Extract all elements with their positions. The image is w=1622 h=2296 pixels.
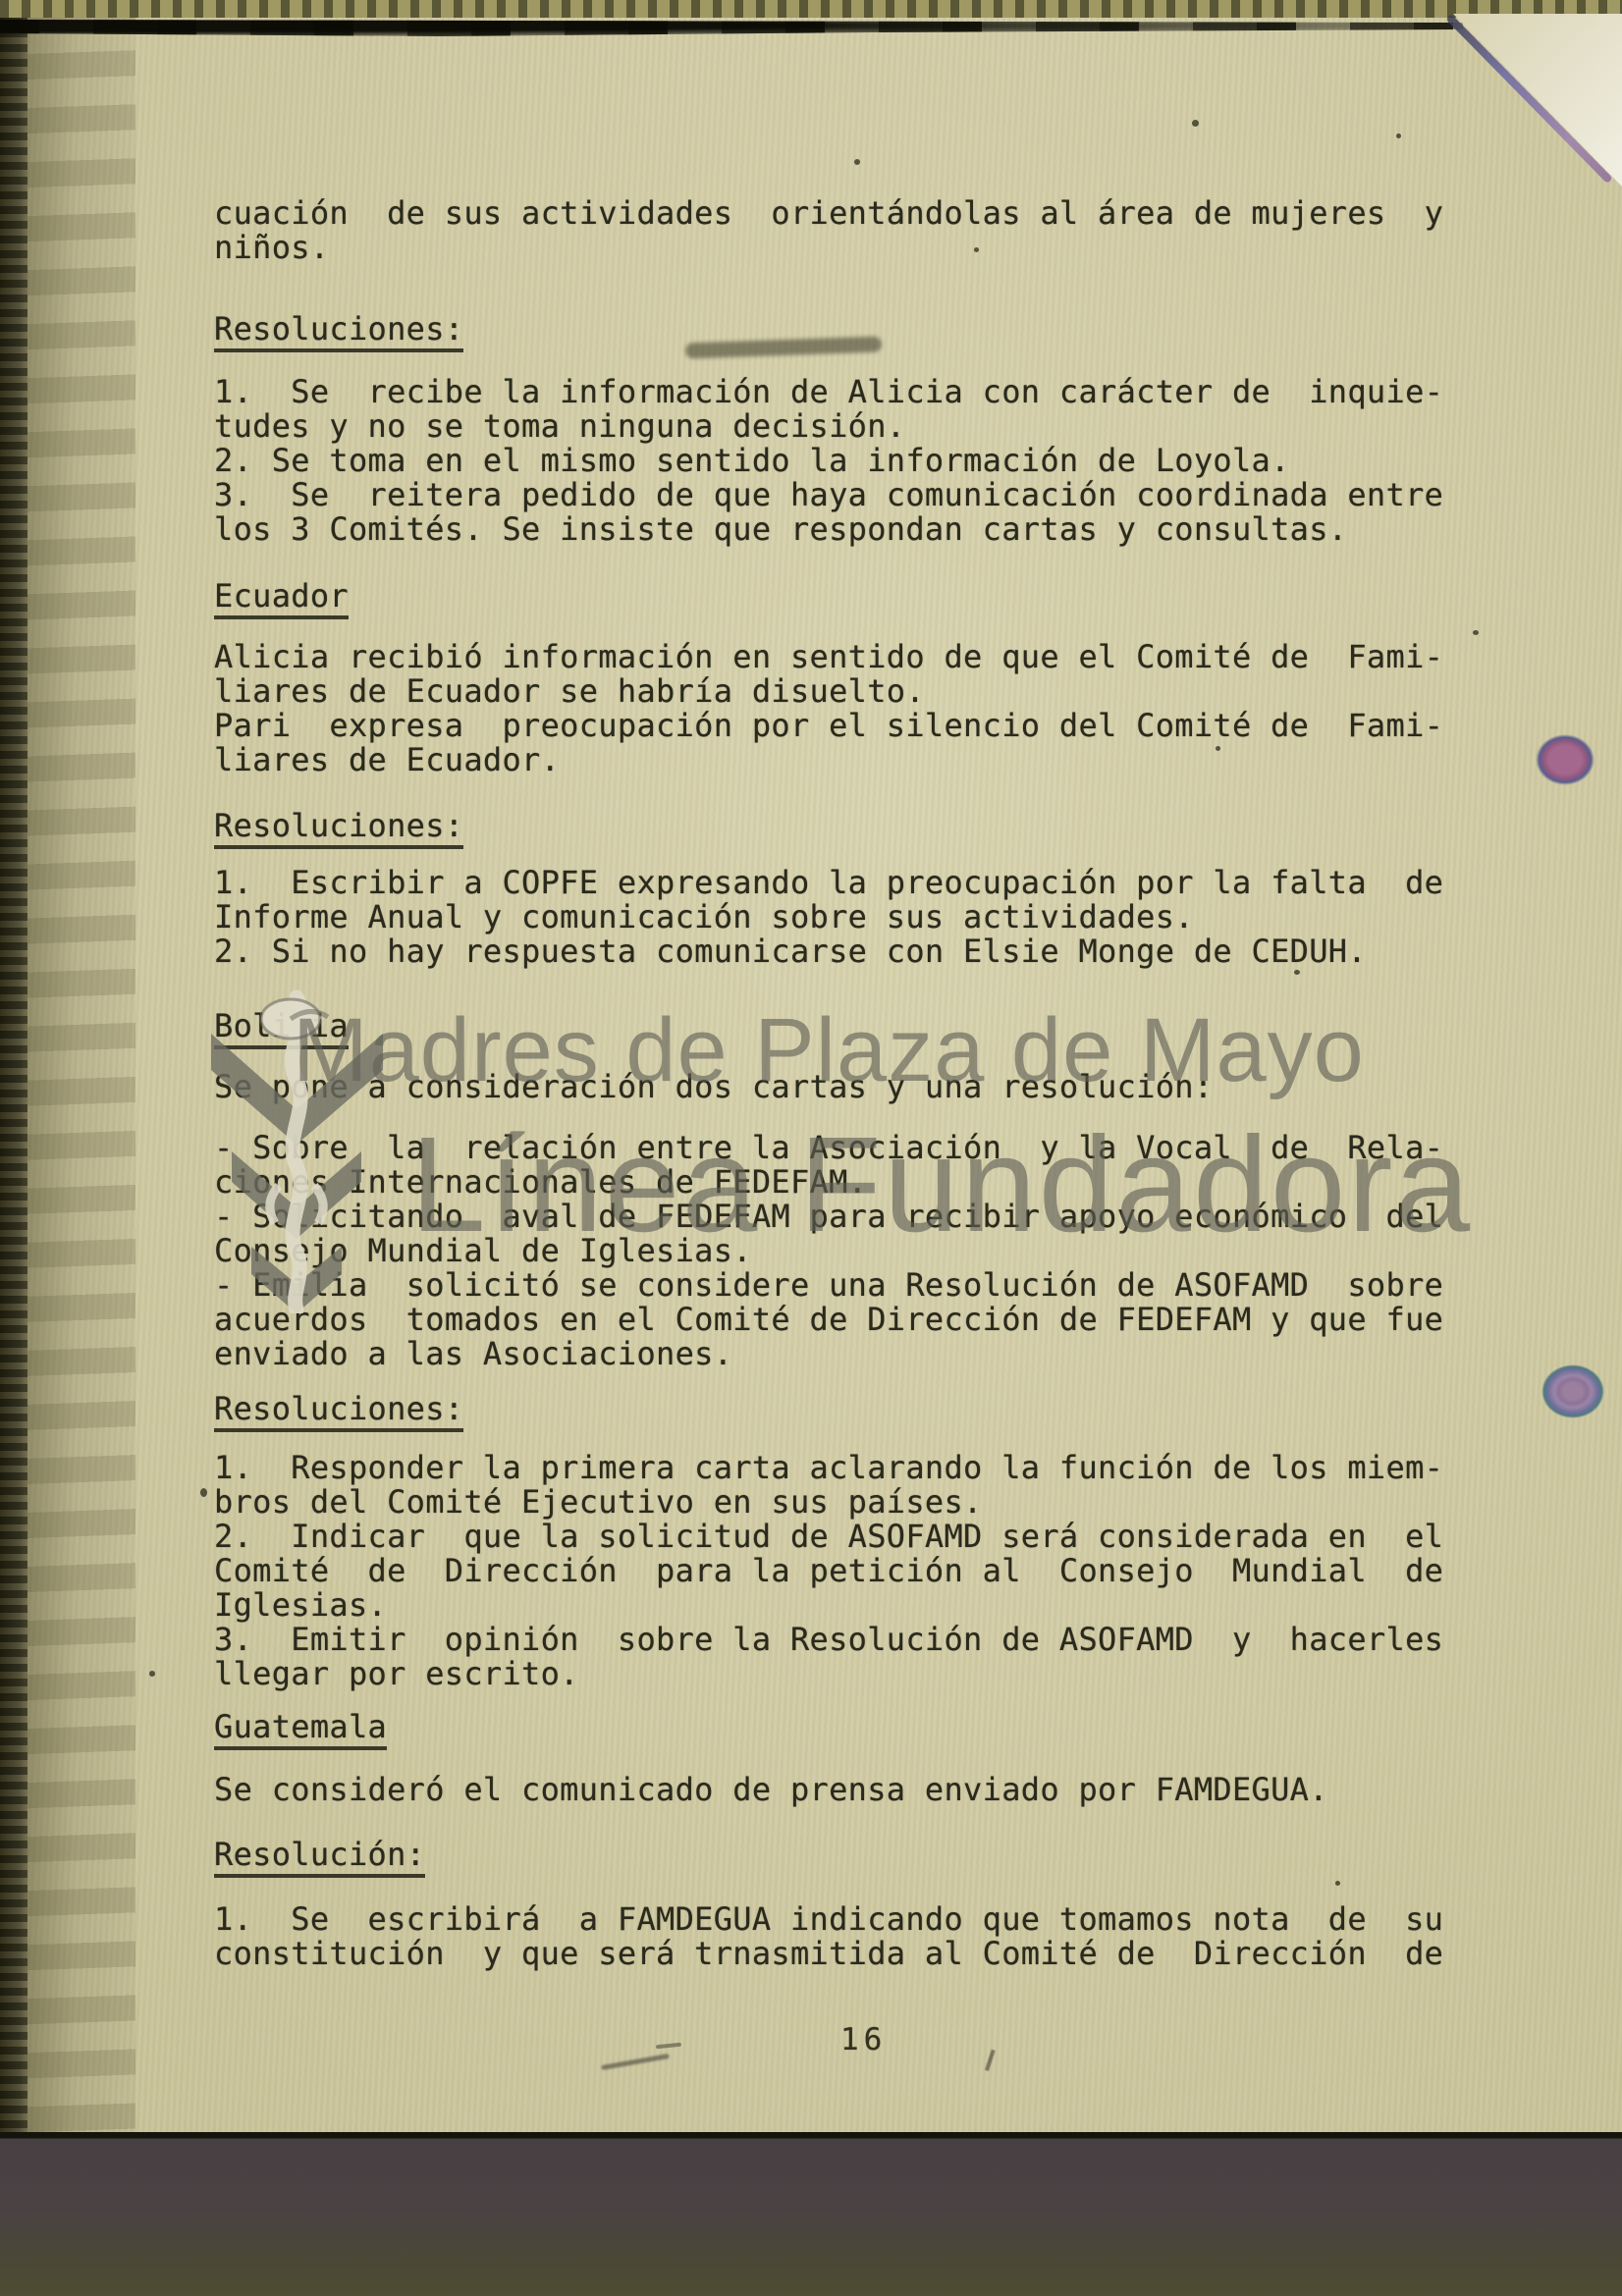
typewritten-line: Se consideró el comunicado de prensa env… bbox=[214, 1773, 1328, 1807]
resoluciones-2-list: 1. Escribir a COPFE expresando la preocu… bbox=[214, 866, 1443, 969]
typewritten-line: Comité de Dirección para la petición al … bbox=[214, 1554, 1443, 1588]
typewritten-line: bros del Comité Ejecutivo en sus países. bbox=[214, 1485, 1443, 1520]
typewritten-line: cuación de sus actividades orientándolas… bbox=[214, 196, 1443, 231]
typewritten-line: 3. Se reitera pedido de que haya comunic… bbox=[214, 478, 1443, 512]
scan-gutter-shadow bbox=[27, 0, 135, 2136]
ink-smudge bbox=[685, 337, 882, 359]
typewritten-line: Alicia recibió información en sentido de… bbox=[214, 640, 1443, 674]
scanned-document: cuación de sus actividades orientándolas… bbox=[0, 0, 1622, 2296]
dust-speck bbox=[1216, 746, 1220, 751]
typewritten-line: niños. bbox=[214, 231, 1443, 265]
typewritten-line: 3. Emitir opinión sobre la Resolución de… bbox=[214, 1623, 1443, 1657]
typewritten-line: llegar por escrito. bbox=[214, 1657, 1443, 1691]
watermark-line-2: Línea Fundadora bbox=[410, 1107, 1472, 1263]
scan-edge-top bbox=[0, 0, 1622, 18]
scan-scratch-line bbox=[0, 18, 1463, 37]
typewritten-line: enviado a las Asociaciones. bbox=[214, 1337, 1443, 1371]
dust-speck bbox=[149, 1671, 155, 1677]
resoluciones-1-list: 1. Se recibe la información de Alicia co… bbox=[214, 375, 1443, 547]
dust-speck bbox=[974, 247, 979, 252]
dust-speck bbox=[854, 159, 860, 165]
heading-resolucion-4: Resolución: bbox=[214, 1838, 425, 1878]
dust-speck bbox=[1192, 120, 1199, 127]
scanner-band bbox=[0, 2132, 1622, 2296]
heading-resoluciones-1: Resoluciones: bbox=[214, 312, 463, 352]
typewritten-line: liares de Ecuador. bbox=[214, 743, 1443, 777]
typewritten-line: tudes y no se toma ninguna decisión. bbox=[214, 409, 1443, 444]
pencil-mark bbox=[985, 2050, 1008, 2075]
hole-punch-mark bbox=[1541, 1364, 1604, 1418]
typewritten-line: constitución y que será trnasmitida al C… bbox=[214, 1937, 1443, 1971]
typewritten-line: 1. Se escribirá a FAMDEGUA indicando que… bbox=[214, 1902, 1443, 1937]
dust-speck bbox=[1335, 1881, 1340, 1886]
scan-edge-left bbox=[0, 0, 27, 2136]
typewritten-line: 1. Escribir a COPFE expresando la preocu… bbox=[214, 866, 1443, 900]
hole-punch-mark bbox=[1536, 734, 1595, 785]
typewritten-line: liares de Ecuador se habría disuelto. bbox=[214, 674, 1443, 709]
dust-speck bbox=[1294, 970, 1300, 975]
typewritten-line: 1. Responder la primera carta aclarando … bbox=[214, 1451, 1443, 1485]
typewritten-line: Informe Anual y comunicación sobre sus a… bbox=[214, 900, 1443, 934]
typewritten-line: - Emilia solicitó se considere una Resol… bbox=[214, 1268, 1443, 1303]
page-number: 16 bbox=[840, 2022, 887, 2057]
watermark-line-1: Madres de Plaza de Mayo bbox=[293, 999, 1365, 1102]
corner-fold bbox=[1453, 14, 1622, 187]
typewritten-line: 2. Se toma en el mismo sentido la inform… bbox=[214, 444, 1443, 478]
resoluciones-3-list: 1. Responder la primera carta aclarando … bbox=[214, 1451, 1443, 1691]
dust-speck bbox=[1396, 133, 1401, 138]
ecuador-paragraph: Alicia recibió información en sentido de… bbox=[214, 640, 1443, 777]
heading-ecuador: Ecuador bbox=[214, 579, 349, 619]
typewritten-line: 2. Si no hay respuesta comunicarse con E… bbox=[214, 934, 1443, 969]
typewritten-line: 1. Se recibe la información de Alicia co… bbox=[214, 375, 1443, 409]
pencil-mark bbox=[656, 2043, 681, 2050]
heading-resoluciones-3: Resoluciones: bbox=[214, 1392, 463, 1432]
pencil-mark bbox=[601, 2054, 670, 2070]
heading-resoluciones-2: Resoluciones: bbox=[214, 809, 463, 849]
dust-speck bbox=[200, 1488, 207, 1497]
document-page: cuación de sus actividades orientándolas… bbox=[0, 0, 1622, 2136]
typewritten-line: 2. Indicar que la solicitud de ASOFAMD s… bbox=[214, 1520, 1443, 1554]
dust-speck bbox=[1473, 630, 1479, 635]
resolucion-4-list: 1. Se escribirá a FAMDEGUA indicando que… bbox=[214, 1902, 1443, 1971]
paragraph-continuation: cuación de sus actividades orientándolas… bbox=[214, 196, 1443, 265]
typewritten-line: Pari expresa preocupación por el silenci… bbox=[214, 709, 1443, 743]
typewritten-line: acuerdos tomados en el Comité de Direcci… bbox=[214, 1303, 1443, 1337]
typewritten-line: Iglesias. bbox=[214, 1588, 1443, 1623]
heading-guatemala: Guatemala bbox=[214, 1710, 387, 1750]
guatemala-paragraph: Se consideró el comunicado de prensa env… bbox=[214, 1773, 1328, 1807]
typewritten-line: los 3 Comités. Se insiste que respondan … bbox=[214, 512, 1443, 547]
